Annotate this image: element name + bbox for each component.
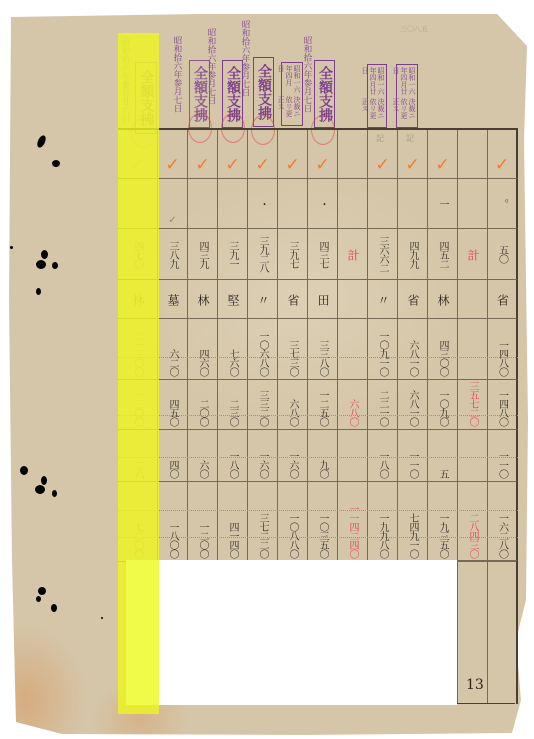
mark-cell: ・ [248,179,278,229]
binding-hole [36,596,41,602]
correction-text: 決裁ニ依リ更正ス [369,98,385,125]
checkmark-icon: ✓ [165,157,179,174]
mark-cell: 一 [428,179,458,229]
payment-date: 昭和拾六年参月七日 [172,36,181,113]
dotted-divider [118,537,518,538]
total-cell: 三七二二〇 [248,482,278,562]
check-cell: ✓ [248,130,278,179]
correction-stamp: 昭和一六年四月廿日 決裁ニ依リ更正ス [396,64,418,128]
pencil-note: 三〇八五 [400,24,428,34]
check-cell: 記✓ [368,130,398,179]
check-cell: ✓ [218,130,248,179]
check-cell: 記✓ [398,130,428,179]
amount-cell: 一〇九一〇 [368,319,398,380]
ledger-table: ✓ 四七〇 林 二一三〇〇 一三〇〇 二六 七二〇〇 ✓ ✓ 三八九 墓 六二〇… [118,128,518,560]
binding-hole [101,617,103,619]
mark-cell [188,179,218,229]
check-cell: ✓ [188,130,218,179]
extra-cell: 六〇 [188,430,218,482]
deduction-cell: 三三二〇 [248,380,278,430]
deduction-cell: 六八〇 [278,380,308,430]
deduction-cell: 二二一〇 [368,380,398,430]
name-cell: 〃 [368,280,398,319]
deduction-cell: 四五〇 [158,380,188,430]
total-cell: 七四九一〇 [398,482,428,562]
account-number-cell: 五〇 [488,229,518,280]
deduction-cell: 一四八〇 [488,380,518,430]
pencil-note: 記 [406,133,414,144]
mark-cell: ・ [308,179,338,229]
extra-cell: 一六〇 [248,430,278,482]
extra-cell: 四〇 [158,430,188,482]
correction-date: 昭和一六年四月廿日 [398,67,416,98]
dotted-divider [118,510,518,511]
grid-line [457,703,515,704]
account-number-cell: 四五二 [428,229,458,280]
mark-cell [218,179,248,229]
checkmark-icon: ✓ [435,157,449,174]
check-cell: ✓ [158,130,188,179]
payment-date: 昭和拾六年参月七日 [206,28,215,105]
extra-cell: 一八〇 [218,430,248,482]
extra-cell [458,430,488,482]
amount-cell: 一四八〇 [488,319,518,380]
check-cell [458,130,488,179]
amount-cell [338,319,368,380]
name-cell: 堅 [218,280,248,319]
amount-cell [458,319,488,380]
binding-hole [52,490,57,497]
total-cell: 一九九八〇 [368,482,398,562]
binding-hole [35,485,45,494]
checkmark-icon: ✓ [195,157,209,174]
checkmark-icon: ✓ [405,157,419,174]
correction-stamp: 昭和一六年四月 日 決裁ニ依リ更正ス [281,62,303,126]
extra-cell: 一一〇 [398,430,428,482]
total-cell: 一八〇〇 [158,482,188,562]
extra-cell: 一六〇 [278,430,308,482]
checkmark-icon: ✓ [255,157,269,174]
mark-cell [398,179,428,229]
highlight-overlay-inner [126,560,159,705]
account-number-cell: 四三九 [188,229,218,280]
deduction-cell: 三五七二〇 [458,380,488,430]
name-cell: 林 [188,280,218,319]
binding-hole [36,288,41,295]
mark-cell [338,179,368,229]
grid-line [487,560,488,704]
amount-cell: 三三八〇 [308,319,338,380]
amount-cell: 七六〇 [218,319,248,380]
total-cell: 一一四二四〇 [338,482,368,562]
account-number-cell: 四九九 [398,229,428,280]
grid-line [457,560,517,561]
name-cell: 墓 [158,280,188,319]
binding-hole [52,160,60,167]
dotted-divider [118,457,518,458]
binding-hole [52,262,58,269]
checkmark-icon: ✓ [225,157,239,174]
mark-cell [278,179,308,229]
mark-cell: 。 [488,179,518,229]
extra-cell: 一八〇 [368,430,398,482]
account-number-cell: 三九二八 [248,229,278,280]
account-number-cell: 三六六二 [368,229,398,280]
binding-hole [41,476,47,485]
mark-cell [368,179,398,229]
checkmark-icon: ✓ [375,157,389,174]
grid-line [516,560,518,704]
total-cell: 二八四三〇 [458,482,488,562]
correction-text: 決裁ニ依リ更正ス [398,98,416,125]
binding-hole [10,246,13,249]
extra-cell [338,430,368,482]
pencil-note: 記 [376,133,384,144]
correction-stamp: 昭和一六年四月廿日 決裁ニ依リ更正ス [367,64,387,128]
binding-hole [38,587,46,595]
grid-line [457,560,458,704]
extra-cell: 一一〇 [488,430,518,482]
check-cell: ✓ [308,130,338,179]
dotted-divider [118,357,518,358]
account-number-cell: 三八九 [158,229,188,280]
binding-hole [41,250,48,259]
binding-hole [20,466,28,475]
check-cell: ✓ [278,130,308,179]
correction-text: 決裁ニ依リ更正ス [283,96,301,123]
total-cell: 一九三五〇 [428,482,458,562]
binding-hole [36,260,46,269]
account-number-cell: 三九一 [218,229,248,280]
total-cell: 一六二八〇 [488,482,518,562]
checkmark-icon: ✓ [495,157,509,174]
name-cell: 〃 [248,280,278,319]
checkmark-icon: ✓ [315,157,329,174]
name-cell: 省 [398,280,428,319]
correction-date: 昭和一六年四月 日 [283,65,301,96]
name-cell [458,280,488,319]
account-number-cell: 三九七 [278,229,308,280]
name-cell: 田 [308,280,338,319]
mark-cell: ✓ [158,179,188,229]
deduction-cell: 六八一〇 [398,380,428,430]
check-cell: ✓ [428,130,458,179]
subtotal-label-cell: 計 [338,229,368,280]
extra-cell: 五 [428,430,458,482]
extra-cell: 九〇 [308,430,338,482]
total-cell: 一〇八八〇 [278,482,308,562]
amount-cell: 六二〇 [158,319,188,380]
dotted-divider [118,415,518,416]
deduction-cell: 二三〇 [218,380,248,430]
deduction-cell: 一〇九〇 [428,380,458,430]
check-cell: ✓ [488,130,518,179]
name-cell: 省 [488,280,518,319]
payment-date: 昭和拾六年参月七日 [240,20,249,97]
deduction-cell: 一二五〇 [308,380,338,430]
amount-cell: 三七三〇 [278,319,308,380]
total-cell: 一二〇〇 [188,482,218,562]
correction-date: 昭和一六年四月廿日 [369,67,385,98]
payment-date: 昭和拾六年参月七日 [302,36,311,113]
total-cell: 四一四〇 [218,482,248,562]
amount-cell: 一〇六八〇 [248,319,278,380]
subtotal-label-cell: 計 [458,229,488,280]
name-cell: 省 [278,280,308,319]
page-number: 13 [466,677,484,693]
amount-cell: 四六〇 [188,319,218,380]
mark-cell [458,179,488,229]
name-cell: 林 [428,280,458,319]
deduction-cell: 六八〇 [338,380,368,430]
check-cell [338,130,368,179]
amount-cell: 四三〇〇 [428,319,458,380]
amount-cell: 六八一〇 [398,319,428,380]
checkmark-icon: ✓ [285,157,299,174]
name-cell [338,280,368,319]
binding-hole [51,604,57,612]
deduction-cell: 二〇〇 [188,380,218,430]
total-cell: 一〇三五〇 [308,482,338,562]
account-number-cell: 四三七 [308,229,338,280]
redaction-box [159,560,457,705]
